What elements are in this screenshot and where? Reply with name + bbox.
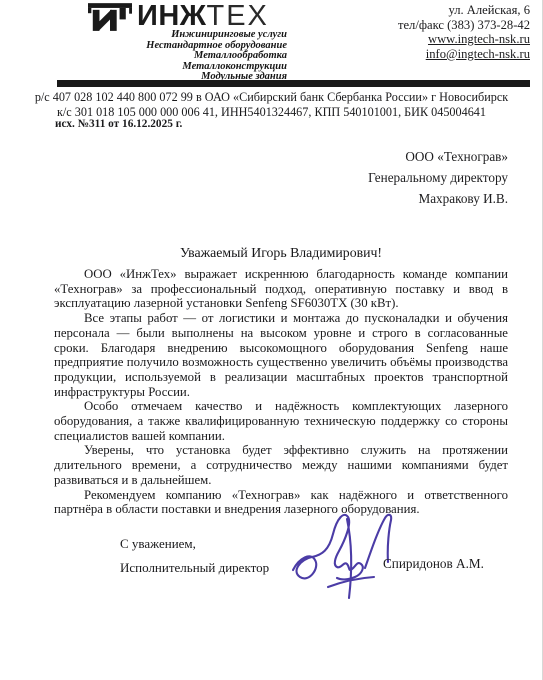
- service-item: Инжиниринговые услуги: [146, 30, 287, 41]
- outgoing-reference: исх. №311 от 16.12.2025 г.: [55, 118, 182, 130]
- company-logo: ИНЖТЕХ: [88, 1, 269, 32]
- letter-body: ООО «ИнжТех» выражает искреннюю благодар…: [54, 267, 508, 517]
- inzhtech-monogram-icon: [88, 3, 132, 32]
- wordmark-light-part: ТЕХ: [207, 0, 269, 32]
- company-wordmark: ИНЖТЕХ: [137, 1, 269, 31]
- wordmark-bold-part: ИНЖ: [137, 0, 207, 32]
- paragraph: Особо отмечаем качество и надёжность ком…: [54, 399, 508, 443]
- recipient-title: Генеральному директору: [368, 167, 508, 188]
- recipient-company: ООО «Технограв»: [368, 146, 508, 167]
- bank-account-line: р/с 407 028 102 440 800 072 99 в ОАО «Си…: [0, 90, 543, 105]
- letterhead-divider-bar: [57, 80, 530, 87]
- signer-name: Спиридонов А.М.: [383, 556, 484, 572]
- company-website: www.ingtech-nsk.ru: [398, 32, 530, 47]
- paragraph: Рекомендуем компанию «Технограв» как над…: [54, 488, 508, 517]
- paragraph: Уверены, что установка будет эффективно …: [54, 443, 508, 487]
- signer-position: Исполнительный директор: [120, 560, 269, 575]
- company-email: info@ingtech-nsk.ru: [398, 47, 530, 62]
- paragraph: ООО «ИнжТех» выражает искреннюю благодар…: [54, 267, 508, 311]
- salutation-heading: Уважаемый Игорь Владимирович!: [54, 245, 508, 261]
- closing-block: С уважением, Исполнительный директор: [120, 536, 269, 575]
- recipient-name: Махракову И.В.: [368, 188, 508, 209]
- company-address: ул. Алейская, 6: [398, 3, 530, 18]
- bank-details: р/с 407 028 102 440 800 072 99 в ОАО «Си…: [0, 90, 543, 119]
- company-phone: тел/факс (383) 373-28-42: [398, 18, 530, 33]
- recipient-block: ООО «Технограв» Генеральному директору М…: [368, 146, 508, 209]
- scanned-letter-page: ИНЖТЕХ Инжиниринговые услуги Нестандартн…: [0, 0, 543, 680]
- contact-block: ул. Алейская, 6 тел/факс (383) 373-28-42…: [398, 3, 530, 61]
- closing-regards: С уважением,: [120, 536, 269, 551]
- bank-corr-line: к/с 301 018 105 000 000 006 41, ИНН54013…: [0, 105, 543, 120]
- paragraph: Все этапы работ — от логистики и монтажа…: [54, 311, 508, 399]
- services-list: Инжиниринговые услуги Нестандартное обор…: [146, 30, 287, 83]
- handwritten-signature: [288, 506, 398, 606]
